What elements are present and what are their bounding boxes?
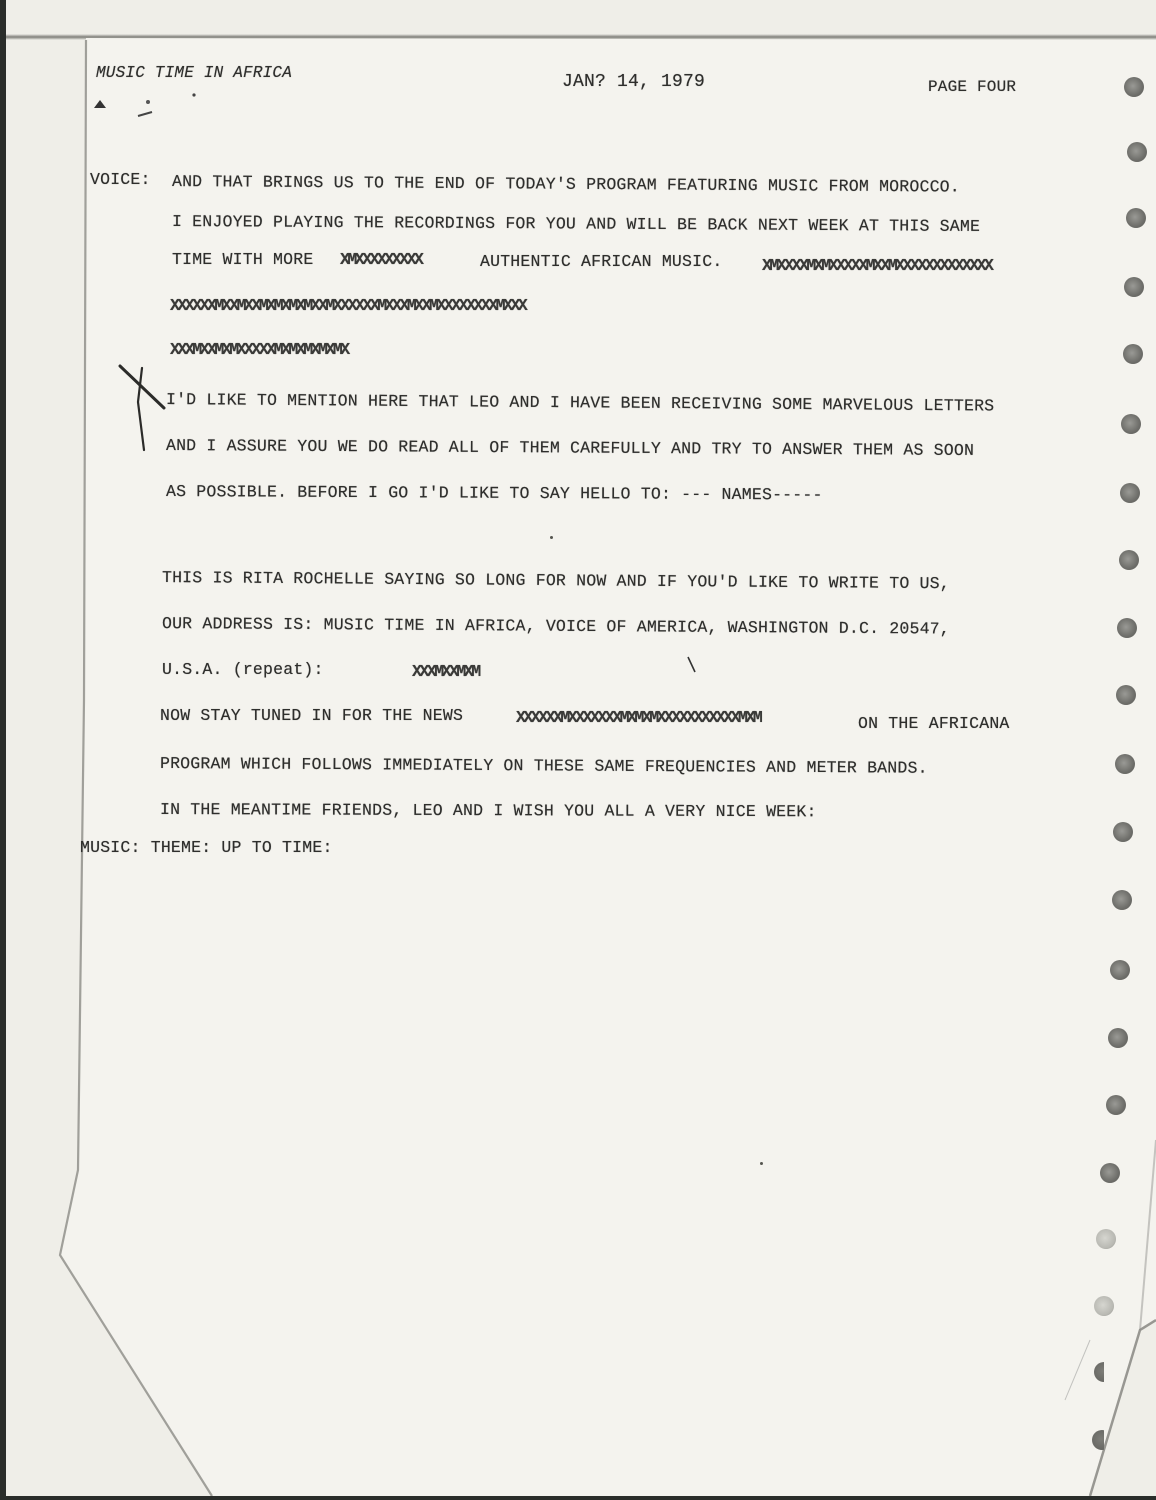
punch-hole [1121, 414, 1141, 434]
punch-hole [1120, 483, 1140, 503]
punch-hole [1106, 1095, 1126, 1115]
punch-hole [1123, 344, 1143, 364]
header-date: JAN? 14, 1979 [562, 72, 705, 92]
script-line: IN THE MEANTIME FRIENDS, LEO AND I WISH … [160, 800, 817, 821]
header-program-title: MUSIC TIME IN AFRICA [96, 64, 292, 83]
script-line: TIME WITH MORE [172, 250, 313, 269]
punch-hole [1094, 1296, 1114, 1316]
punch-hole [1124, 277, 1144, 297]
punch-hole [1115, 754, 1135, 774]
struck-out-text: XXXXXXMXXMXXMXMXMXMXXMXXXXXXMXXXMXXMXXXX… [170, 296, 525, 315]
punch-hole [1127, 142, 1147, 162]
struck-out-text: XMXXXXXXXXX [340, 250, 421, 269]
music-cue-line: MUSIC: THEME: UP TO TIME: [80, 838, 333, 857]
punch-hole [1112, 890, 1132, 910]
punch-hole [1116, 685, 1136, 705]
script-line: ON THE AFRICANA [858, 714, 1010, 733]
punch-hole [1100, 1163, 1120, 1183]
script-line: AUTHENTIC AFRICAN MUSIC. [480, 252, 722, 271]
struck-out-text: XMXXXXMXMXXXXXMXXMXXXXXXXXXXXXX [762, 256, 991, 275]
header-page-number: PAGE FOUR [928, 78, 1016, 96]
punch-hole [1108, 1028, 1128, 1048]
punch-hole [1096, 1229, 1116, 1249]
scan-border-bottom [0, 1496, 1156, 1500]
punch-hole [1124, 77, 1144, 97]
struck-out-text: XXXXXXMXXXXXXXMXMXMXXXXXXXXXXXMXM [516, 708, 760, 727]
script-line: U.S.A. (repeat): [162, 660, 324, 679]
punch-hole [1110, 960, 1130, 980]
struck-out-text: XXXMXXMXMXXXXXMXMXMXMXMX [170, 340, 348, 359]
script-line: NOW STAY TUNED IN FOR THE NEWS [160, 706, 463, 725]
punch-hole [1119, 550, 1139, 570]
paper-speck [760, 1162, 763, 1165]
punch-hole [1126, 208, 1146, 228]
script-line: AS POSSIBLE. BEFORE I GO I'D LIKE TO SAY… [166, 482, 823, 504]
punch-hole [1113, 822, 1133, 842]
paper-speck [550, 536, 553, 539]
punch-hole [1117, 618, 1137, 638]
speaker-label-voice: VOICE: [90, 170, 151, 189]
struck-out-text: XXXMXXMXM [412, 662, 479, 681]
